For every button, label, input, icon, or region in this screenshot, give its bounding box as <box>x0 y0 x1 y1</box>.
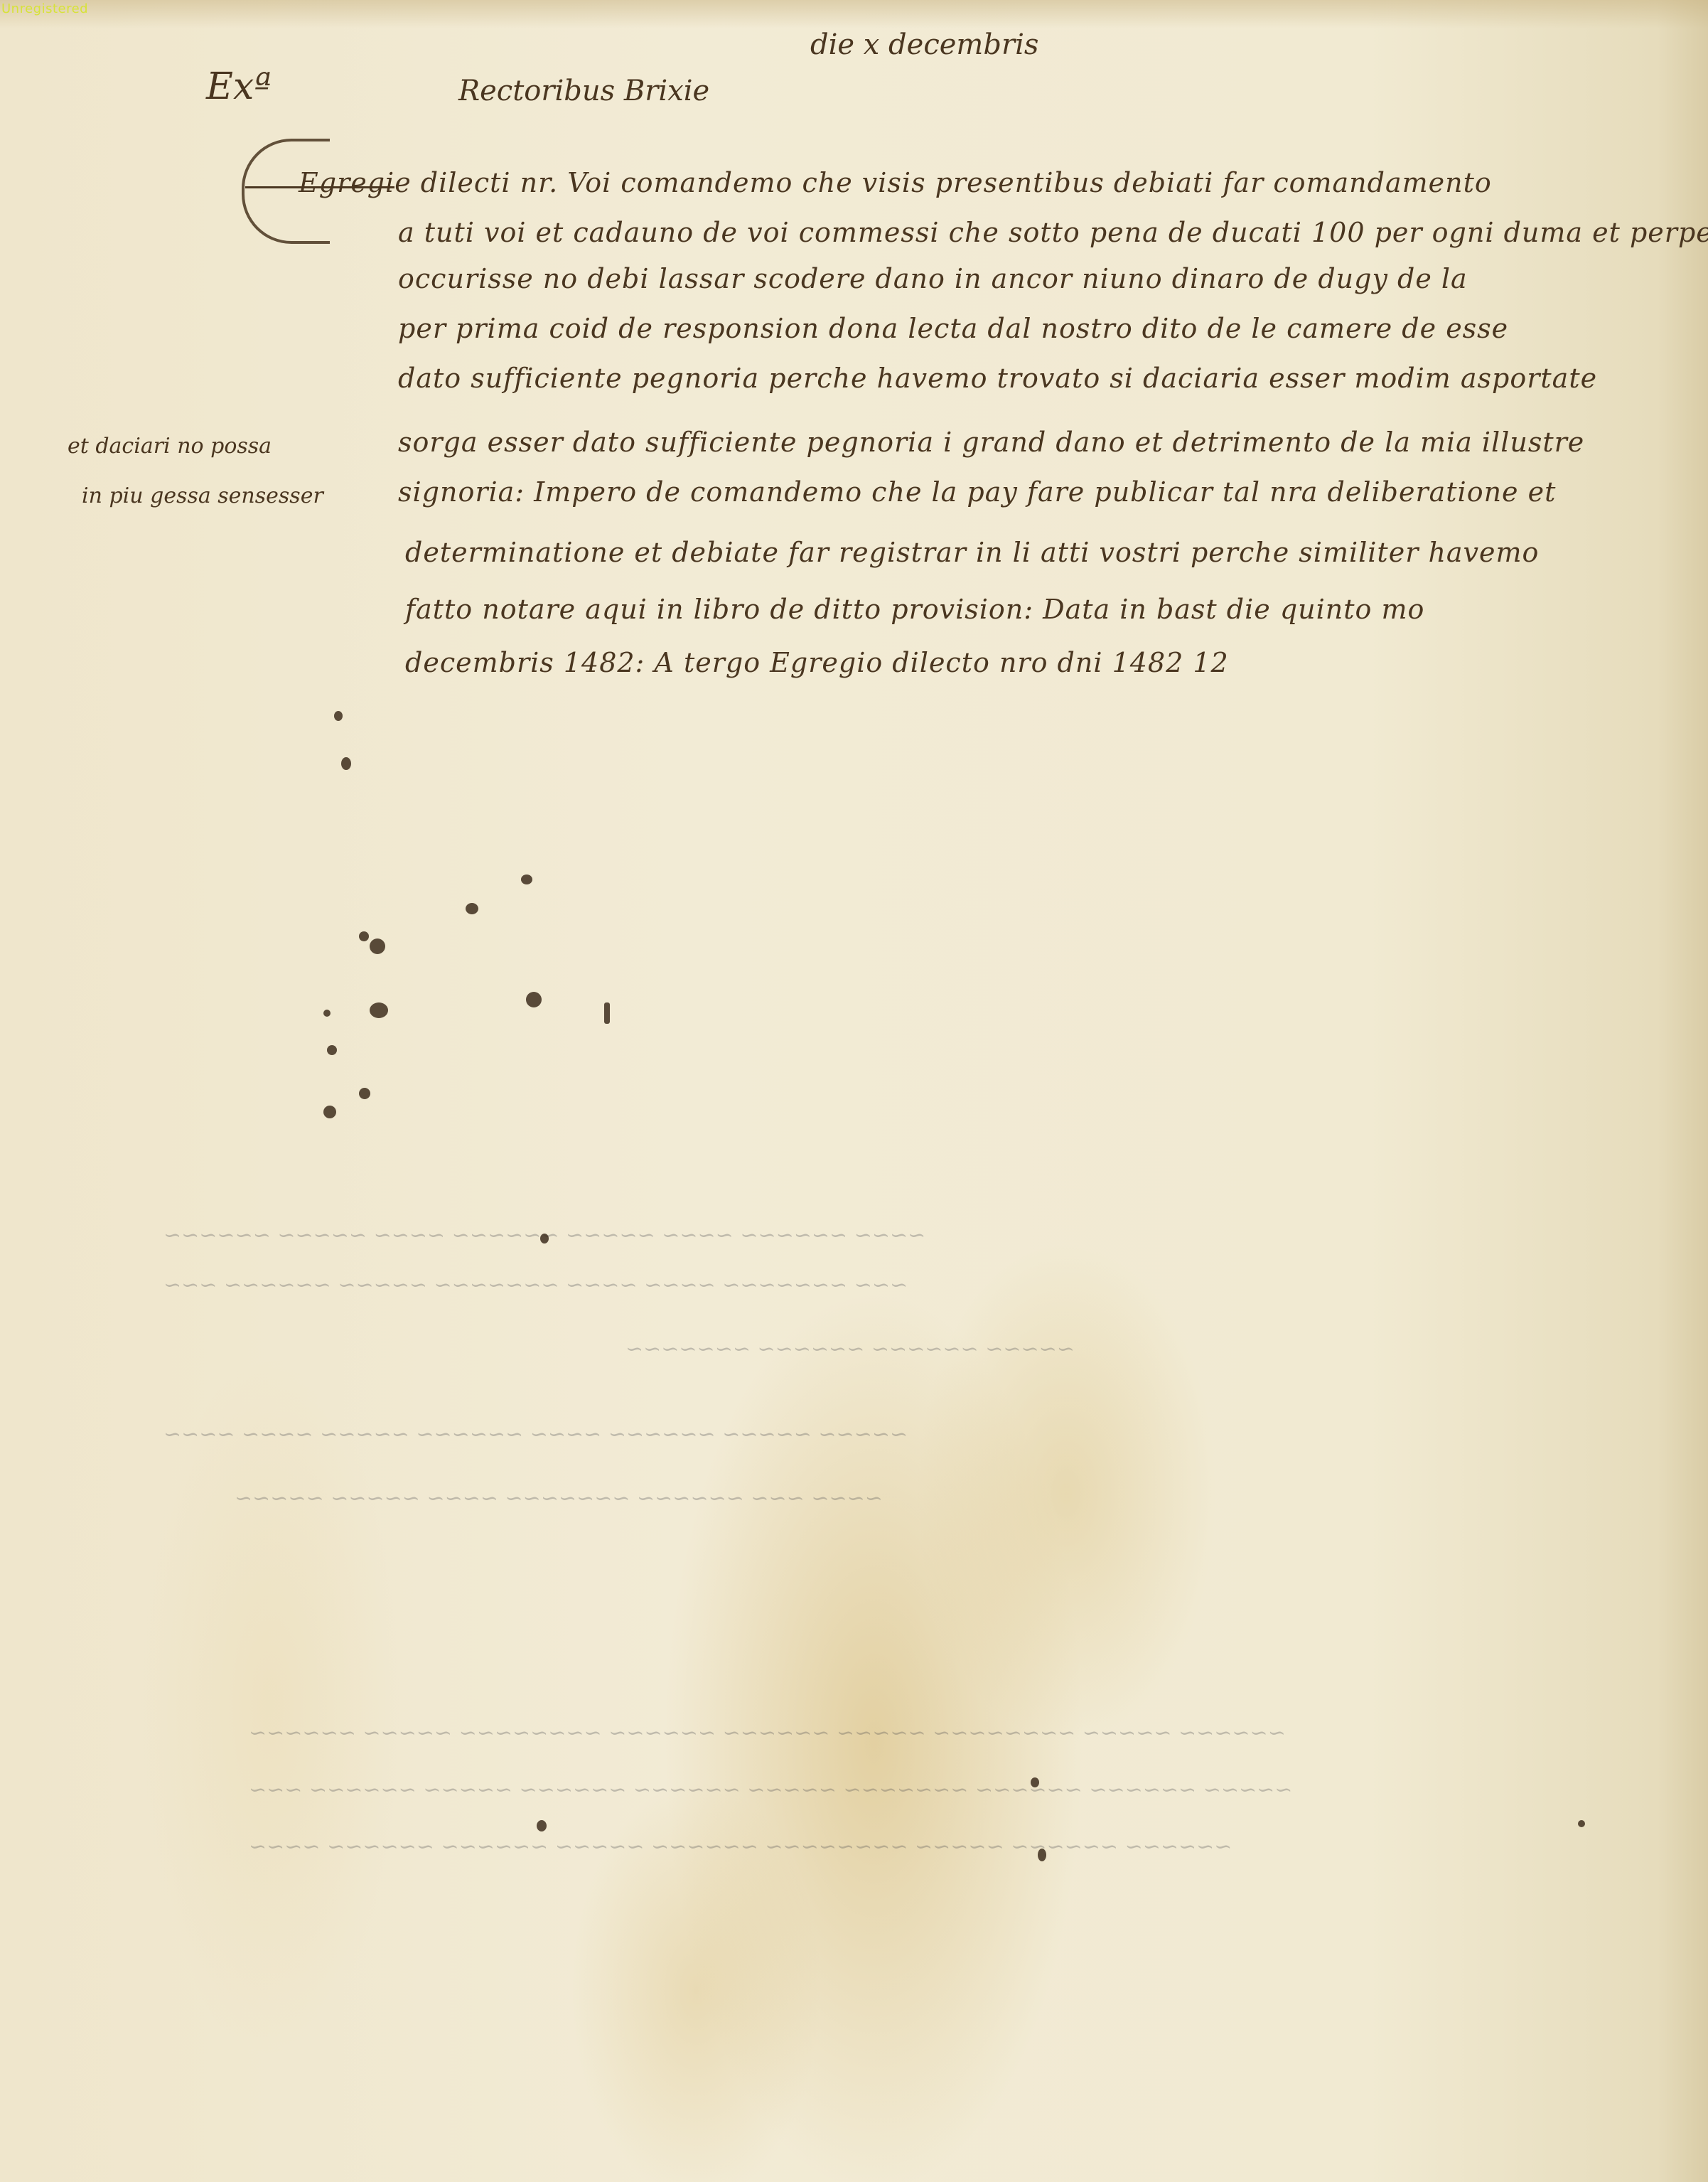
ink-spot <box>1578 1820 1585 1827</box>
bleed-through-block-5: ~~~~ ~~~ ~~~~~~ ~~~~~~~ ~~~~ ~~~~~ ~~~~~ <box>235 1486 883 1511</box>
bleed-through-block-2: ~~~ ~~~~~~~ ~~~~ ~~~~ ~~~~~~~ ~~~~~ ~~~~… <box>163 1273 908 1298</box>
ink-spot <box>1038 1849 1046 1861</box>
ink-spot <box>323 1010 331 1017</box>
bleed-through-block-7: ~~~~~ ~~~~~~ ~~~~~~ ~~~~~~~ ~~~~~ ~~~~~~… <box>249 1777 1292 1802</box>
body-line-2: a tuti voi et cadauno de voi commessi ch… <box>398 217 1708 248</box>
ink-spot <box>341 757 351 770</box>
ink-spot <box>466 903 478 914</box>
margin-note-line-1: et daciari no possa <box>68 434 272 459</box>
body-line-3: occurisse no debi lassar scodere dano in… <box>398 263 1468 294</box>
ink-spot <box>370 1002 388 1018</box>
bleed-through-block-4: ~~~~~ ~~~~~ ~~~~~~ ~~~~ ~~~~~~ ~~~~~ ~~~… <box>163 1422 908 1447</box>
marginal-mark: Exª <box>206 65 272 108</box>
manuscript-page: Unregistered Exª Rectoribus Brixie die x… <box>0 0 1708 2182</box>
ink-spot <box>540 1234 549 1244</box>
ink-spot <box>370 938 385 954</box>
ink-spot <box>334 711 343 721</box>
continuation-line: sorga esser dato sufficiente pegnoria i … <box>398 427 1584 458</box>
bleed-through-block-8: ~~~~~~ ~~~~~~ ~~~~~ ~~~~~~~~ ~~~~~~ ~~~~… <box>249 1834 1232 1859</box>
ink-spot <box>604 1002 610 1024</box>
body-line-9: decembris 1482: A tergo Egregio dilecto … <box>405 647 1229 678</box>
ink-spot <box>1031 1777 1039 1787</box>
body-line-8: fatto notare aqui in libro de ditto prov… <box>405 594 1424 625</box>
body-line-7: determinatione et debiate far registrar … <box>405 537 1539 568</box>
addressee: Rectoribus Brixie <box>458 75 709 107</box>
body-line-4: per prima coid de responsion dona lecta … <box>398 313 1508 344</box>
body-line-1: Egregie dilecti nr. Voi comandemo che vi… <box>299 167 1492 198</box>
body-line-5: dato sufficiente pegnoria perche havemo … <box>398 363 1597 394</box>
ink-spot <box>359 1088 370 1099</box>
margin-note-line-2: in piu gessa sensesser <box>82 483 323 508</box>
ink-spot <box>521 875 532 884</box>
ink-spot <box>327 1045 337 1055</box>
paper-top-edge <box>0 0 1708 28</box>
date-line: die x decembris <box>810 28 1038 61</box>
scan-watermark: Unregistered <box>1 1 88 16</box>
bleed-through-block-6: ~~~~~~ ~~~~~ ~~~~~~~~ ~~~~~ ~~~~~~ ~~~~~… <box>249 1721 1286 1745</box>
bleed-through-block-3: ~~~~~ ~~~~~~ ~~~~~~ ~~~~~~~ <box>625 1337 1075 1362</box>
body-line-6: signoria: Impero de comandemo che la pay… <box>398 476 1556 508</box>
ink-spot <box>323 1106 336 1118</box>
ink-spot <box>526 992 542 1007</box>
ink-spot <box>359 931 369 941</box>
ink-spot <box>537 1820 547 1831</box>
